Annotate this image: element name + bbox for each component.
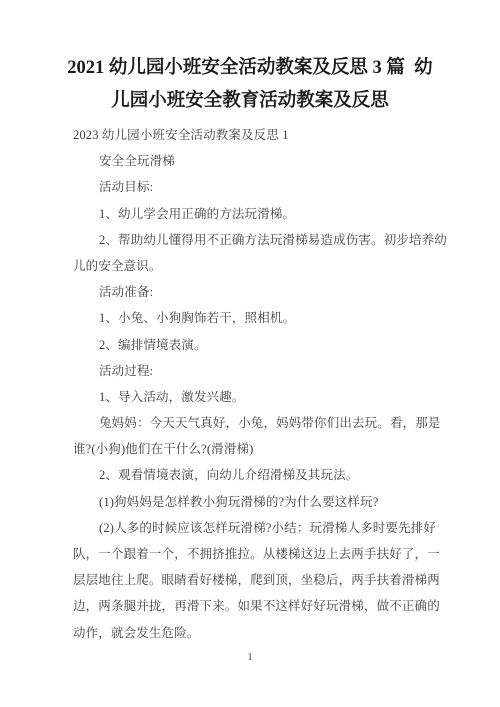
text-line-prep-2: 2、编排情境表演。 [73,332,430,358]
title-line-2: 儿园小班安全教育活动教案及反思 [30,85,470,118]
text-line-summary-1: 队，一个跟着一个，不拥挤推拉。从楼梯这边上去两手扶好了，一 [73,541,430,567]
text-line-goal-2: 2、帮助幼儿懂得用不正确方法玩滑梯易造成伤害。初步培养幼 [73,227,430,253]
text-line-dialogue: 兔妈妈：今天天气真好，小兔，妈妈带你们出去玩。看，那是 [73,410,430,436]
text-line-prep-1: 1、小兔、小狗胸饰若干，照相机。 [73,305,430,331]
text-line-step-1: 1、导入活动，激发兴趣。 [73,384,430,410]
text-line-question-1: (1)狗妈妈是怎样教小狗玩滑梯的?为什么要这样玩? [73,489,430,515]
document-title: 2021 幼儿园小班安全活动教案及反思 3 篇 幼 儿园小班安全教育活动教案及反… [30,52,470,118]
text-line-subtitle: 2023 幼儿园小班安全活动教案及反思 1 [73,122,430,148]
text-line-lesson-title: 安全全玩滑梯 [73,148,430,174]
text-line-dialogue-cont: 谁?(小狗)他们在干什么?(滑滑梯) [73,436,430,462]
text-line-goals-header: 活动目标: [73,174,430,200]
page-number: 1 [0,651,500,663]
title-line-1: 2021 幼儿园小班安全活动教案及反思 3 篇 幼 [30,52,470,85]
text-line-goal-1: 1、幼儿学会用正确的方法玩滑梯。 [73,201,430,227]
text-line-step-2: 2、观看情境表演，向幼儿介绍滑梯及其玩法。 [73,462,430,488]
document-page: 2021 幼儿园小班安全活动教案及反思 3 篇 幼 儿园小班安全教育活动教案及反… [0,0,500,707]
text-line-prep-header: 活动准备: [73,279,430,305]
text-line-goal-2-cont: 儿的安全意识。 [73,253,430,279]
document-body: 2023 幼儿园小班安全活动教案及反思 1 安全全玩滑梯 活动目标: 1、幼儿学… [73,122,430,646]
text-line-summary-3: 边，两条腿并拢，再滑下来。如果不这样好好玩滑梯，做不正确的 [73,593,430,619]
text-line-summary-4: 动作，就会发生危险。 [73,620,430,646]
text-line-summary-2: 层层地往上爬。眼睛看好楼梯，爬到顶，坐稳后，两手扶着滑梯两 [73,567,430,593]
text-line-question-2: (2)人多的时候应该怎样玩滑梯?小结：玩滑梯人多时要先排好 [73,515,430,541]
text-line-process-header: 活动过程: [73,358,430,384]
